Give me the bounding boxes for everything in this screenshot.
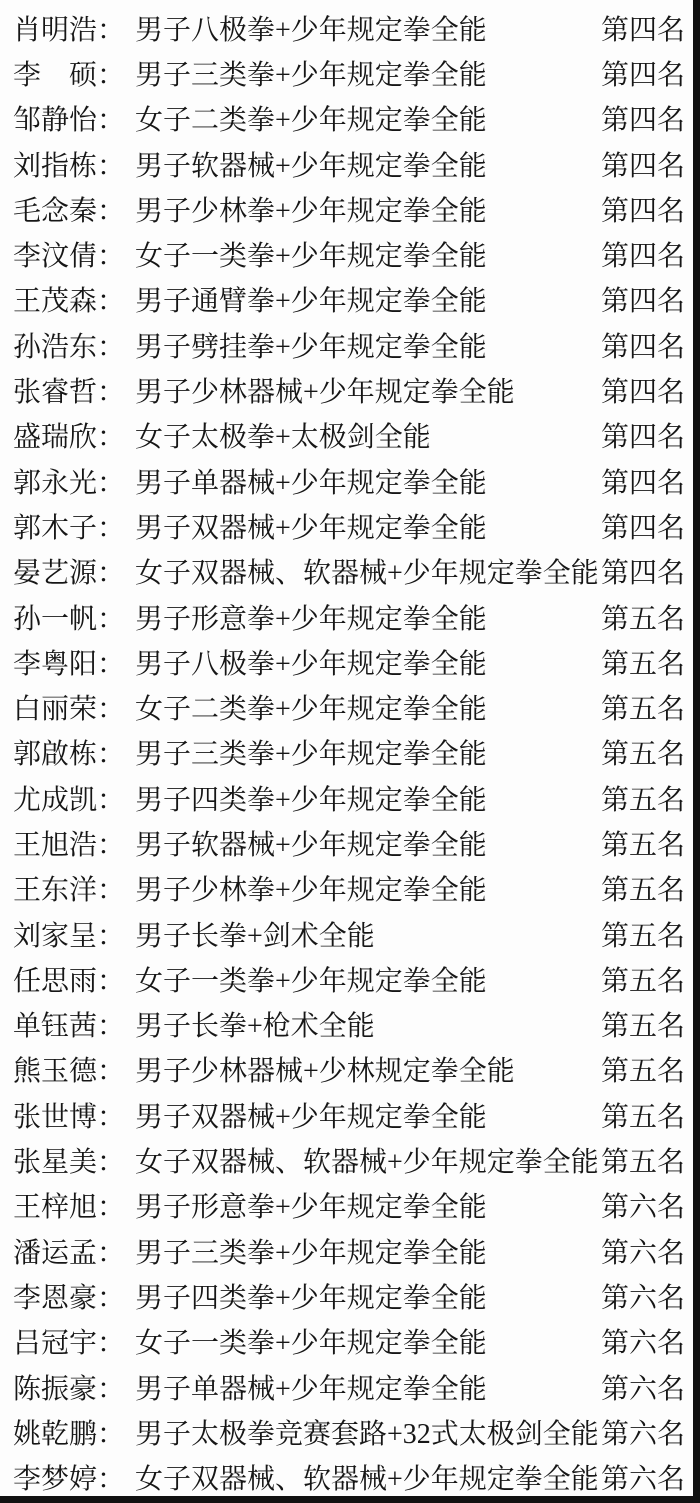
- athlete-name: 李梦婷：: [13, 1457, 135, 1497]
- event-description: 男子形意拳+少年规定拳全能: [135, 1185, 600, 1225]
- event-description: 男子少林拳+少年规定拳全能: [135, 868, 600, 908]
- rank-label: 第四名: [600, 189, 685, 229]
- rank-label: 第四名: [600, 8, 685, 48]
- result-row: 王茂森： 男子通臂拳+少年规定拳全能 第四名: [13, 277, 685, 322]
- rank-label: 第四名: [600, 325, 685, 365]
- result-row: 张睿哲： 男子少林器械+少年规定拳全能 第四名: [13, 367, 685, 412]
- athlete-name: 尤成凯：: [13, 778, 135, 818]
- athlete-name: 熊玉德：: [13, 1049, 135, 1089]
- result-row: 尤成凯： 男子四类拳+少年规定拳全能 第五名: [13, 775, 685, 820]
- rank-label: 第四名: [600, 53, 685, 93]
- result-row: 李 硕： 男子三类拳+少年规定拳全能 第四名: [13, 50, 685, 95]
- athlete-name: 肖明浩：: [13, 8, 135, 48]
- athlete-name: 郭永光：: [13, 461, 135, 501]
- event-description: 男子通臂拳+少年规定拳全能: [135, 279, 600, 319]
- athlete-name: 盛瑞欣：: [13, 415, 135, 455]
- result-row: 孙一帆： 男子形意拳+少年规定拳全能 第五名: [13, 594, 685, 639]
- result-row: 郭永光： 男子单器械+少年规定拳全能 第四名: [13, 458, 685, 503]
- rank-label: 第五名: [600, 732, 685, 772]
- athlete-name: 王东洋：: [13, 868, 135, 908]
- rank-label: 第五名: [600, 687, 685, 727]
- result-row: 李汶倩： 女子一类拳+少年规定拳全能 第四名: [13, 231, 685, 276]
- rank-label: 第五名: [600, 778, 685, 818]
- result-row: 潘运孟： 男子三类拳+少年规定拳全能 第六名: [13, 1228, 685, 1273]
- results-list: 肖明浩： 男子八极拳+少年规定拳全能 第四名 李 硕： 男子三类拳+少年规定拳全…: [13, 5, 685, 1500]
- event-description: 男子软器械+少年规定拳全能: [135, 823, 600, 863]
- event-description: 男子太极拳竞赛套路+32式太极剑全能: [135, 1412, 600, 1452]
- rank-label: 第六名: [600, 1457, 685, 1497]
- event-description: 男子四类拳+少年规定拳全能: [135, 778, 600, 818]
- rank-label: 第五名: [600, 914, 685, 954]
- athlete-name: 邹静怡：: [13, 98, 135, 138]
- result-row: 姚乾鹏： 男子太极拳竞赛套路+32式太极剑全能 第六名: [13, 1409, 685, 1454]
- result-row: 毛念秦： 男子少林拳+少年规定拳全能 第四名: [13, 186, 685, 231]
- athlete-name: 张睿哲：: [13, 370, 135, 410]
- result-row: 王旭浩： 男子软器械+少年规定拳全能 第五名: [13, 820, 685, 865]
- result-row: 单钰茜： 男子长拳+枪术全能 第五名: [13, 1002, 685, 1047]
- rank-label: 第六名: [600, 1231, 685, 1271]
- event-description: 男子少林器械+少年规定拳全能: [135, 370, 600, 410]
- rank-label: 第五名: [600, 1004, 685, 1044]
- result-row: 王东洋： 男子少林拳+少年规定拳全能 第五名: [13, 866, 685, 911]
- scan-edge-bottom: [0, 1496, 700, 1503]
- event-description: 女子双器械、软器械+少年规定拳全能: [135, 551, 600, 591]
- rank-label: 第五名: [600, 1140, 685, 1180]
- athlete-name: 刘家呈：: [13, 914, 135, 954]
- rank-label: 第六名: [600, 1276, 685, 1316]
- result-row: 李粤阳： 男子八极拳+少年规定拳全能 第五名: [13, 639, 685, 684]
- rank-label: 第五名: [600, 642, 685, 682]
- rank-label: 第六名: [600, 1185, 685, 1225]
- result-row: 盛瑞欣： 女子太极拳+太极剑全能 第四名: [13, 413, 685, 458]
- event-description: 女子双器械、软器械+少年规定拳全能: [135, 1457, 600, 1497]
- rank-label: 第五名: [600, 959, 685, 999]
- rank-label: 第六名: [600, 1321, 685, 1361]
- athlete-name: 毛念秦：: [13, 189, 135, 229]
- rank-label: 第五名: [600, 823, 685, 863]
- event-description: 男子八极拳+少年规定拳全能: [135, 8, 600, 48]
- rank-label: 第五名: [600, 1049, 685, 1089]
- event-description: 男子少林器械+少林规定拳全能: [135, 1049, 600, 1089]
- result-row: 刘指栋： 男子软器械+少年规定拳全能 第四名: [13, 141, 685, 186]
- event-description: 男子三类拳+少年规定拳全能: [135, 53, 600, 93]
- athlete-name: 郭木子：: [13, 506, 135, 546]
- event-description: 男子软器械+少年规定拳全能: [135, 144, 600, 184]
- athlete-name: 刘指栋：: [13, 144, 135, 184]
- event-description: 男子四类拳+少年规定拳全能: [135, 1276, 600, 1316]
- rank-label: 第六名: [600, 1367, 685, 1407]
- result-row: 邹静怡： 女子二类拳+少年规定拳全能 第四名: [13, 96, 685, 141]
- result-row: 郭啟栋： 男子三类拳+少年规定拳全能 第五名: [13, 730, 685, 775]
- event-description: 女子太极拳+太极剑全能: [135, 415, 600, 455]
- result-row: 刘家呈： 男子长拳+剑术全能 第五名: [13, 911, 685, 956]
- athlete-name: 姚乾鹏：: [13, 1412, 135, 1452]
- result-row: 孙浩东： 男子劈挂拳+少年规定拳全能 第四名: [13, 322, 685, 367]
- rank-label: 第四名: [600, 279, 685, 319]
- rank-label: 第五名: [600, 868, 685, 908]
- scanned-results-page: 肖明浩： 男子八极拳+少年规定拳全能 第四名 李 硕： 男子三类拳+少年规定拳全…: [0, 0, 700, 1503]
- athlete-name: 张星美：: [13, 1140, 135, 1180]
- rank-label: 第四名: [600, 144, 685, 184]
- athlete-name: 孙浩东：: [13, 325, 135, 365]
- rank-label: 第四名: [600, 234, 685, 274]
- event-description: 男子三类拳+少年规定拳全能: [135, 1231, 600, 1271]
- athlete-name: 陈振豪：: [13, 1367, 135, 1407]
- event-description: 男子劈挂拳+少年规定拳全能: [135, 325, 600, 365]
- event-description: 女子一类拳+少年规定拳全能: [135, 234, 600, 274]
- event-description: 男子双器械+少年规定拳全能: [135, 1095, 600, 1135]
- result-row: 肖明浩： 男子八极拳+少年规定拳全能 第四名: [13, 5, 685, 50]
- athlete-name: 郭啟栋：: [13, 732, 135, 772]
- result-row: 陈振豪： 男子单器械+少年规定拳全能 第六名: [13, 1364, 685, 1409]
- event-description: 男子长拳+枪术全能: [135, 1004, 600, 1044]
- result-row: 吕冠宇： 女子一类拳+少年规定拳全能 第六名: [13, 1319, 685, 1364]
- athlete-name: 白丽荣：: [13, 687, 135, 727]
- event-description: 男子少林拳+少年规定拳全能: [135, 189, 600, 229]
- athlete-name: 张世博：: [13, 1095, 135, 1135]
- event-description: 男子单器械+少年规定拳全能: [135, 461, 600, 501]
- event-description: 女子一类拳+少年规定拳全能: [135, 959, 600, 999]
- rank-label: 第四名: [600, 370, 685, 410]
- result-row: 晏艺源： 女子双器械、软器械+少年规定拳全能 第四名: [13, 549, 685, 594]
- event-description: 女子二类拳+少年规定拳全能: [135, 687, 600, 727]
- event-description: 女子双器械、软器械+少年规定拳全能: [135, 1140, 600, 1180]
- scan-edge-right: [693, 0, 700, 1503]
- athlete-name: 潘运孟：: [13, 1231, 135, 1271]
- result-row: 白丽荣： 女子二类拳+少年规定拳全能 第五名: [13, 684, 685, 729]
- athlete-name: 李 硕：: [13, 53, 135, 93]
- athlete-name: 晏艺源：: [13, 551, 135, 591]
- event-description: 女子一类拳+少年规定拳全能: [135, 1321, 600, 1361]
- rank-label: 第五名: [600, 1095, 685, 1135]
- athlete-name: 王旭浩：: [13, 823, 135, 863]
- rank-label: 第六名: [600, 1412, 685, 1452]
- event-description: 男子长拳+剑术全能: [135, 914, 600, 954]
- athlete-name: 孙一帆：: [13, 597, 135, 637]
- athlete-name: 单钰茜：: [13, 1004, 135, 1044]
- result-row: 任思雨： 女子一类拳+少年规定拳全能 第五名: [13, 956, 685, 1001]
- result-row: 郭木子： 男子双器械+少年规定拳全能 第四名: [13, 503, 685, 548]
- event-description: 女子二类拳+少年规定拳全能: [135, 98, 600, 138]
- rank-label: 第四名: [600, 506, 685, 546]
- rank-label: 第五名: [600, 597, 685, 637]
- result-row: 张星美： 女子双器械、软器械+少年规定拳全能 第五名: [13, 1137, 685, 1182]
- rank-label: 第四名: [600, 551, 685, 591]
- athlete-name: 王梓旭：: [13, 1185, 135, 1225]
- result-row: 李恩豪： 男子四类拳+少年规定拳全能 第六名: [13, 1273, 685, 1318]
- rank-label: 第四名: [600, 415, 685, 455]
- event-description: 男子双器械+少年规定拳全能: [135, 506, 600, 546]
- event-description: 男子三类拳+少年规定拳全能: [135, 732, 600, 772]
- event-description: 男子单器械+少年规定拳全能: [135, 1367, 600, 1407]
- athlete-name: 吕冠宇：: [13, 1321, 135, 1361]
- rank-label: 第四名: [600, 98, 685, 138]
- athlete-name: 李粤阳：: [13, 642, 135, 682]
- result-row: 张世博： 男子双器械+少年规定拳全能 第五名: [13, 1092, 685, 1137]
- athlete-name: 李恩豪：: [13, 1276, 135, 1316]
- event-description: 男子八极拳+少年规定拳全能: [135, 642, 600, 682]
- result-row: 李梦婷： 女子双器械、软器械+少年规定拳全能 第六名: [13, 1455, 685, 1500]
- result-row: 王梓旭： 男子形意拳+少年规定拳全能 第六名: [13, 1183, 685, 1228]
- athlete-name: 王茂森：: [13, 279, 135, 319]
- event-description: 男子形意拳+少年规定拳全能: [135, 597, 600, 637]
- rank-label: 第四名: [600, 461, 685, 501]
- result-row: 熊玉德： 男子少林器械+少林规定拳全能 第五名: [13, 1047, 685, 1092]
- athlete-name: 任思雨：: [13, 959, 135, 999]
- athlete-name: 李汶倩：: [13, 234, 135, 274]
